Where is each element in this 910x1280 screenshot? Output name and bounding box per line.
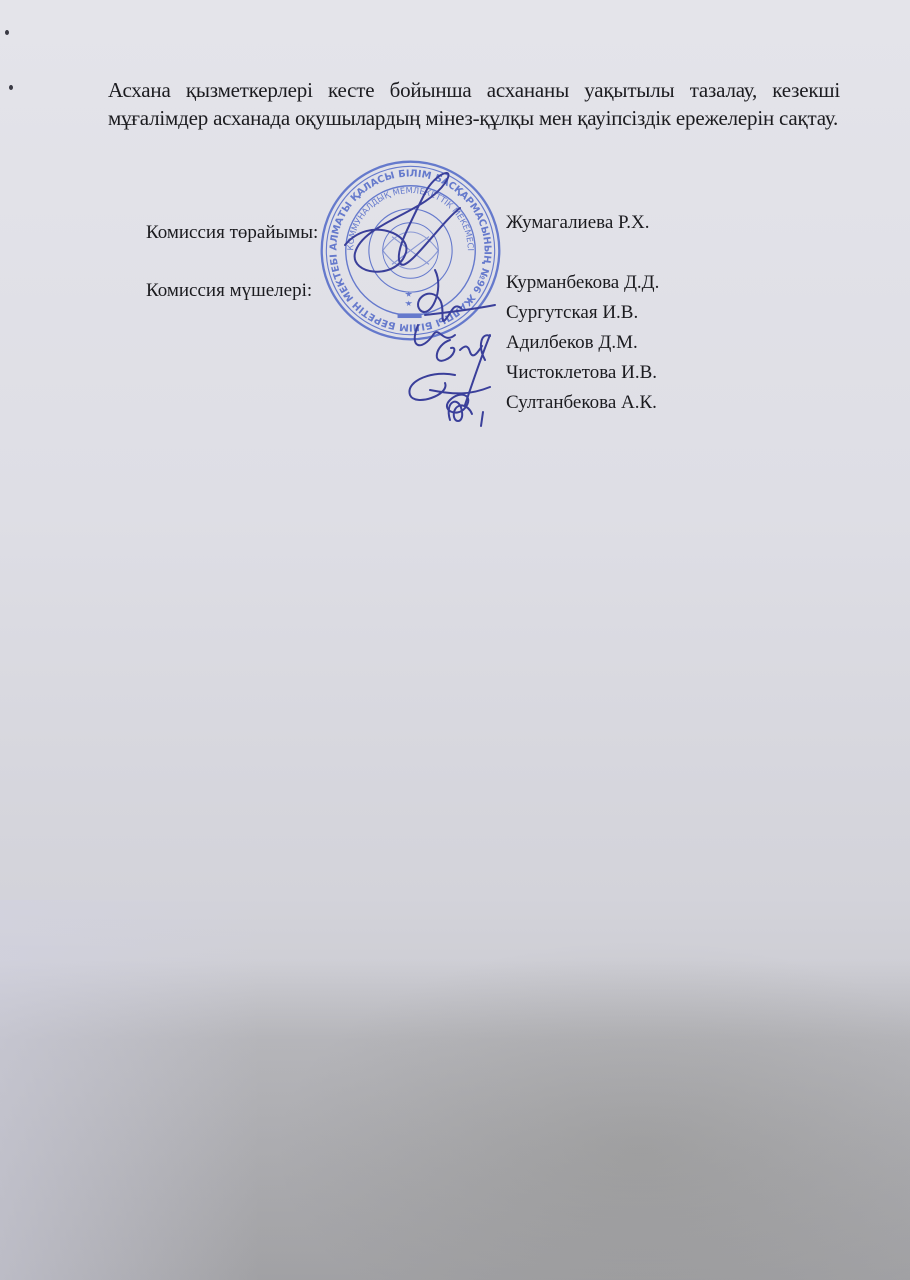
- photo-light: [0, 900, 260, 1280]
- body-paragraph: Асхана қызметкерлері кесте бойынша асхан…: [108, 76, 840, 132]
- photo-shadow: [0, 960, 910, 1280]
- paper-speck: [5, 30, 9, 35]
- members-label: Комиссия мүшелері:: [146, 280, 312, 302]
- paper-speck: [9, 85, 13, 90]
- handwritten-signatures-icon: [300, 150, 540, 440]
- chair-label: Комиссия төрайымы:: [146, 222, 318, 244]
